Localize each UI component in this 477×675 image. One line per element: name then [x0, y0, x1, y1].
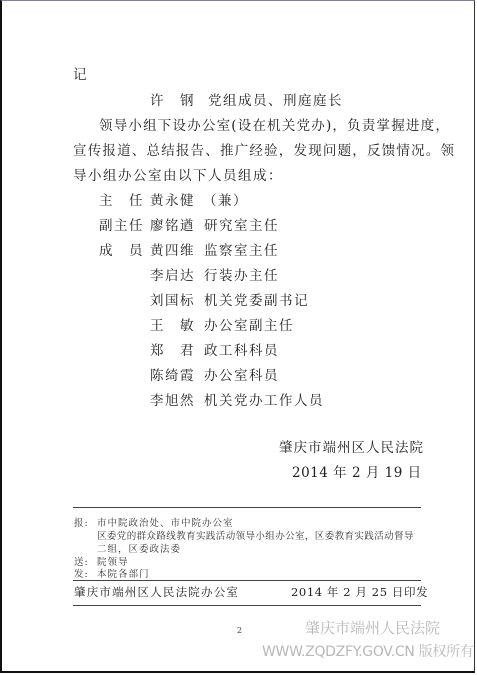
member-name: 李启达 — [150, 264, 195, 284]
member-title: 行装办主任 — [204, 264, 279, 284]
leader-title: 党组成员、刑庭庭长 — [208, 89, 343, 109]
member-title: 监察室主任 — [204, 239, 279, 259]
member-title: （兼） — [203, 189, 248, 209]
member-title: 研究室主任 — [204, 214, 279, 234]
member-role: 成 员 — [99, 239, 144, 259]
paragraph-line-2: 宣传报道、总结报告、推广经验，发现问题，反馈情况。领 — [73, 139, 455, 159]
member-role: 主 任 — [99, 189, 144, 209]
member-title: 办公室副主任 — [204, 314, 294, 334]
paragraph-line-3: 导小组办公室由以下人员组成： — [73, 164, 283, 184]
member-name: 王 敏 — [150, 314, 195, 334]
report-line-2: 区委党的群众路线教育实践活动领导小组办公室，区委教育实践活动督导 — [97, 528, 414, 542]
report-label: 报: — [74, 515, 89, 529]
report-line-3: 二组，区委政法委 — [97, 541, 181, 555]
member-title: 办公室科员 — [204, 364, 279, 384]
issue-label: 发: — [74, 566, 89, 580]
member-title: 政工科科员 — [204, 339, 279, 359]
member-name: 黄四维 — [150, 239, 195, 259]
leader-name: 许 钢 — [150, 89, 195, 109]
footer-office: 肇庆市端州区人民法院办公室 — [74, 584, 239, 600]
divider-bottom — [73, 605, 421, 606]
watermark-org: 肇庆市端州人民法院 — [305, 617, 440, 638]
signature-date: 2014 年 2 月 19 日 — [292, 461, 422, 481]
paragraph-line-1: 领导小组下设办公室(设在机关党办)，负责掌握进度， — [99, 114, 450, 134]
member-name: 郑 君 — [150, 339, 195, 359]
divider-middle — [73, 580, 421, 581]
member-name: 陈绮霞 — [150, 364, 195, 384]
member-role: 副主任 — [99, 214, 144, 234]
member-title: 机关党办工作人员 — [204, 389, 324, 409]
member-title: 机关党委副书记 — [204, 289, 309, 309]
report-line-1: 市中院政治处、市中院办公室 — [97, 515, 234, 529]
issue-value: 本院各部门 — [97, 566, 150, 580]
member-name: 李旭然 — [150, 389, 195, 409]
watermark-copyright: WWW.ZQDZFY.GOV.CN 版权所有 — [262, 641, 474, 661]
footer-print-date: 2014 年 2 月 25 日印发 — [291, 584, 428, 600]
divider-top — [73, 507, 421, 508]
continuation-text: 记 — [73, 63, 88, 83]
member-name: 刘国标 — [150, 289, 195, 309]
signature-org: 肇庆市端州区人民法院 — [279, 436, 424, 456]
member-name: 廖铭遒 — [150, 214, 195, 234]
page-number: 2 — [237, 626, 242, 635]
member-name: 黄永健 — [150, 189, 195, 209]
